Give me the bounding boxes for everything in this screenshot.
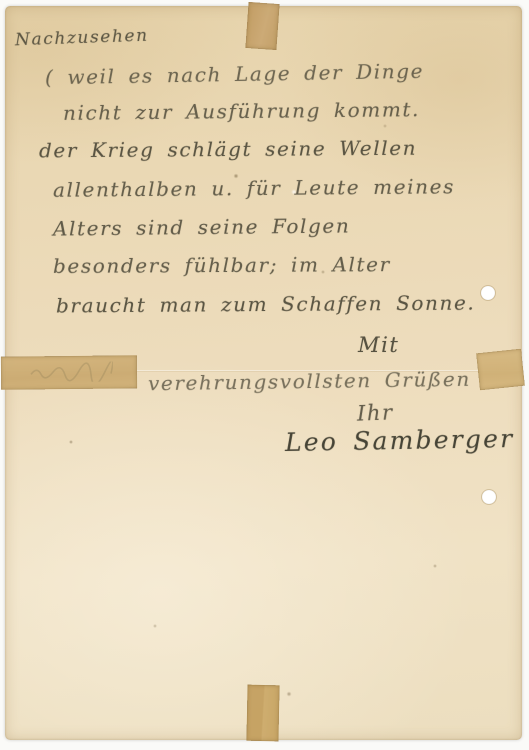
scan-background: { "scan": { "description": "Scanned page… — [0, 0, 529, 750]
tape-remnant-bottom — [246, 685, 279, 742]
punch-hole-top — [481, 286, 495, 300]
punch-hole-bottom — [482, 490, 496, 504]
letter-page: Nachzusehen ( weil es nach Lage der Ding… — [5, 6, 522, 740]
handwriting-line: braucht man zum Schaffen Sonne. — [56, 291, 476, 318]
tape-ghost-writing — [27, 362, 113, 383]
signature: Leo Samberger — [285, 424, 515, 457]
handwriting-line: nicht zur Ausführung kommt. — [63, 97, 420, 125]
closing-ihr: Ihr — [357, 400, 394, 425]
handwriting-line: Alters sind seine Folgen — [53, 213, 351, 240]
closing-word: Mit — [358, 333, 399, 357]
handwriting-line: ( weil es nach Lage der Dinge — [45, 59, 424, 90]
tape-remnant-right — [476, 349, 525, 391]
handwriting-line: Nachzusehen — [15, 26, 149, 51]
tape-remnant-top — [245, 2, 279, 50]
tape-remnant-left — [1, 355, 137, 389]
handwriting-line: besonders fühlbar; im Alter — [53, 252, 391, 278]
closing-phrase: verehrungsvollsten Grüßen — [148, 367, 471, 396]
handwriting-line: allenthalben u. für Leute meines — [53, 174, 455, 202]
handwriting-line: der Krieg schlägt seine Wellen — [39, 136, 417, 163]
